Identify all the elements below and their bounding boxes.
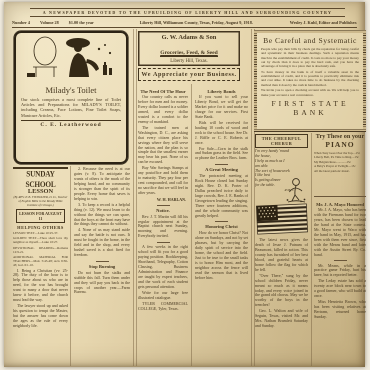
- mayo-headline: Mr. J. A. Mayo Honored: [314, 202, 366, 207]
- divider: [157, 205, 170, 206]
- vanity-illustration-image: [23, 35, 119, 79]
- newspaper-page: A NEWSPAPER DEVOTED TO THE UPBUILDING OF…: [4, 2, 365, 367]
- issue-info: Number 4 Volume 28 $1.00 the year: [12, 20, 103, 25]
- lesson-paragraph: 4. None of us may stand aside and say th…: [74, 228, 130, 258]
- great-meeting-headline: A Great Meeting: [195, 167, 248, 172]
- piano-song-line: My Belgian Rose..............15c: [314, 160, 366, 164]
- war-news-body: The latest news gives the death of Jesse…: [255, 238, 308, 329]
- lesson-paragraph: I. Being a Christian (vv. 25-28). The du…: [13, 269, 68, 304]
- article-paragraph: The trained men at Washington, D. C., ar…: [138, 126, 188, 166]
- subscription-price: $1.00 the year: [69, 20, 94, 25]
- notice-text: Rev. J. T. Martin will fill his regular …: [138, 215, 188, 240]
- need-of-hour-headline: The Need Of The Hour: [138, 89, 188, 94]
- article-paragraph: Bids will be received for hauling 10 cor…: [195, 121, 248, 146]
- article-paragraph: Mr. J. A. Mayo, who has been with the Fi…: [314, 208, 366, 258]
- column-rule: [191, 84, 192, 366]
- honoring-christ-headline: Honoring Christ: [195, 224, 248, 229]
- column-rule: [70, 166, 71, 366]
- publisher: Wesley J. Kuhl, Editor and Publisher.: [290, 20, 357, 25]
- sunday-school-title-line1: SUNDAY SCHOOL: [13, 169, 68, 190]
- sunday-school-byline: (By REV. P. B. FITZWATER, D. D., Teacher…: [13, 196, 68, 208]
- lesson-paragraph: The lawyer stood up and asked his questi…: [13, 304, 68, 329]
- piano-song-line: A Baby's Prayer at Twilight....15c: [314, 164, 366, 168]
- lesson-reference: LESSON TEXT—Luke 10:25-37.: [13, 231, 68, 235]
- need-of-hour-body: Our country calls as never before for me…: [138, 95, 188, 196]
- brief-paragraph: The Leday estate has sold a twenty acre …: [314, 279, 366, 299]
- honoring-christ-body: How do we honor Christ? Not alone on Sun…: [195, 231, 248, 281]
- stop-burning-text: Do not burn the stalks and stubble this …: [74, 271, 130, 296]
- tyler-ad-paragraph: TYLER COMMERCIAL COLLEGE, Tyler, Texas.: [138, 302, 188, 312]
- column-rule: [311, 133, 312, 366]
- liberty-bonds-body: If you want to sell your Liberty Bond, w…: [195, 95, 248, 161]
- masthead-dateline: Number 4 Volume 28 $1.00 the year Libert…: [12, 17, 357, 28]
- mid-left-column: The Need Of The Hour Our country calls a…: [138, 86, 188, 366]
- divider: [215, 221, 228, 222]
- flag-news-column: The latest news gives the death of Jesse…: [255, 238, 308, 366]
- great-meeting-body: The protracted meeting at Rock House clo…: [195, 174, 248, 219]
- news-paragraph: Geo. L. Walton and wife of Seguin, Texas…: [255, 309, 308, 329]
- sunday-school-header: SUNDAY SCHOOL LESSON: [13, 167, 68, 195]
- first-state-bank-ad: Be Careful and Systematic People who pay…: [257, 33, 363, 129]
- bank-ad-bank-name: FIRST STATE BANK: [261, 99, 359, 117]
- adams-ad-name: G. W. Adams & Son: [141, 34, 237, 41]
- issue-volume: Volume 28: [40, 20, 59, 25]
- milady-toilet-ad: Milady's Toilet Our stock comprises a mo…: [14, 31, 128, 164]
- article-paragraph: How do we honor Christ? Not alone on Sun…: [195, 231, 248, 281]
- lesson-reference: DEVOTIONAL READING—Romans 12:9-21.: [13, 246, 68, 255]
- bank-ad-frame: Be Careful and Systematic People who pay…: [254, 30, 366, 132]
- lesson-date-box: LESSON FOR AUGUST 11: [16, 209, 65, 223]
- lesson-reference: ADDITIONAL MATERIAL FOR TEACHERS—Matt. 5…: [13, 255, 68, 268]
- milady-ad-body: Our stock comprises a most complete line…: [21, 97, 121, 118]
- piano-music-ad: Try These on your PIANO When Tony Goes O…: [314, 133, 366, 197]
- lesson-references: LESSON TEXT—Luke 10:25-37.GOLDEN TEXT—Th…: [13, 231, 68, 268]
- article-paragraph: The protracted meeting at Rock House clo…: [195, 174, 248, 219]
- piano-song-line: Liberty Bell, It's Time to Ring....15c: [314, 155, 366, 159]
- divider: [96, 261, 109, 262]
- news-paragraph: "Over There," sung by the school childre…: [255, 274, 308, 309]
- us-flag-image: [256, 203, 308, 235]
- brief-paragraph: Mr. Means, while in a practice game Frid…: [314, 264, 366, 279]
- cheerful-cherub-feature: THE CHEERFUL CHERUB I'm very handy 'roun…: [255, 134, 308, 201]
- piano-ad-song-list: When Tony Goes Over the Top....15cLibert…: [314, 151, 366, 173]
- article-paragraph: If you want to sell your Liberty Bond, w…: [195, 95, 248, 120]
- tyler-ad-paragraph: Write for our large free illustrated cat…: [138, 291, 188, 301]
- mayo-body: Mr. J. A. Mayo, who has been with the Fi…: [314, 208, 366, 258]
- lesson-paragraph: 2. Because the need is at our gates (v. …: [74, 167, 130, 202]
- divider: [157, 242, 170, 243]
- article-paragraph: For Sale—Corn in the stalk and Sudan gra…: [195, 147, 248, 162]
- milady-ad-signature: C. E. Leatherwood: [21, 120, 121, 129]
- divider: [334, 260, 347, 261]
- news-paragraph: The latest news gives the death of Jesse…: [255, 238, 308, 273]
- cherub-title: THE CHEERFUL CHERUB: [255, 134, 308, 148]
- issue-number: Number 4: [12, 20, 30, 25]
- article-paragraph: Our country calls as never before for me…: [138, 95, 188, 125]
- piano-ad-title-line2: PIANO: [314, 140, 366, 149]
- piano-ad-title-line1: Try These on your: [314, 133, 366, 140]
- stop-burning-headline: Stop Burning: [74, 264, 130, 269]
- lesson-continuation-column: 2. Because the need is at our gates (v. …: [74, 167, 130, 366]
- local-briefs: Mr. Means, while in a practice game Frid…: [314, 264, 366, 320]
- lesson-body: I. Being a Christian (vv. 25-28). The du…: [13, 269, 68, 329]
- local-briefs-column: Mr. J. A. Mayo Honored Mr. J. A. Mayo, w…: [314, 199, 366, 366]
- adams-ad-town: Liberty Hill, Texas.: [141, 59, 237, 64]
- lesson-reference: GOLDEN TEXT—Thou shalt love thy neighbor…: [13, 236, 68, 245]
- mid-right-column: Liberty Bonds If you want to sell your L…: [195, 86, 248, 366]
- piano-song-line: When Tony Goes Over the Top....15c: [314, 151, 366, 155]
- sunday-school-column: SUNDAY SCHOOL LESSON (By REV. P. B. FITZ…: [13, 167, 68, 366]
- tyler-college-ad: A few weeks in the right school will fit…: [138, 245, 188, 311]
- masthead-banner: A NEWSPAPER DEVOTED TO THE UPBUILDING OF…: [30, 8, 345, 17]
- bank-ad-paragraph: People who pay their bills by check get …: [261, 47, 359, 68]
- adams-grocery-ad: G. W. Adams & Son Groceries, Feed, & See…: [138, 31, 240, 66]
- bank-ad-paragraph: We invite you to open a checking account…: [261, 88, 359, 97]
- bank-ad-title: Be Careful and Systematic: [261, 36, 359, 45]
- lesson-topic: HELPING OTHERS: [13, 225, 68, 230]
- notice-headline: Notice.: [138, 208, 188, 213]
- brief-paragraph: Miss Henrietta Brown, who has been visit…: [314, 300, 366, 320]
- bank-ad-body: People who pay their bills by check get …: [261, 47, 359, 97]
- liberty-bonds-headline: Liberty Bonds: [195, 89, 248, 94]
- cherub-illustration-image: [284, 177, 308, 203]
- article-paragraph: Buy War Savings Stamps at any postoffice…: [138, 166, 188, 196]
- place-date: Liberty Hill, Williamson County, Texas, …: [103, 20, 290, 25]
- lesson-paragraph: 3. To keep a record is a helpful thing (…: [74, 203, 130, 228]
- lesson-cont-body: 2. Because the need is at our gates (v. …: [74, 167, 130, 258]
- milady-ad-title: Milady's Toilet: [21, 85, 121, 95]
- bank-ad-paragraph: To have money in the bank is of itself a…: [261, 70, 359, 87]
- column-rule: [133, 29, 137, 366]
- adams-ad-slogan: We Appreciate your Business.: [138, 68, 240, 81]
- adams-ad-goods: Groceries, Feed, & Seed: [160, 50, 218, 58]
- tyler-ad-paragraph: A few weeks in the right school will fit…: [138, 245, 188, 290]
- divider: [215, 164, 228, 165]
- article-signature: W. H. HARLAN.: [138, 197, 186, 202]
- piano-song-line: All the latest patriotic music.: [314, 169, 366, 173]
